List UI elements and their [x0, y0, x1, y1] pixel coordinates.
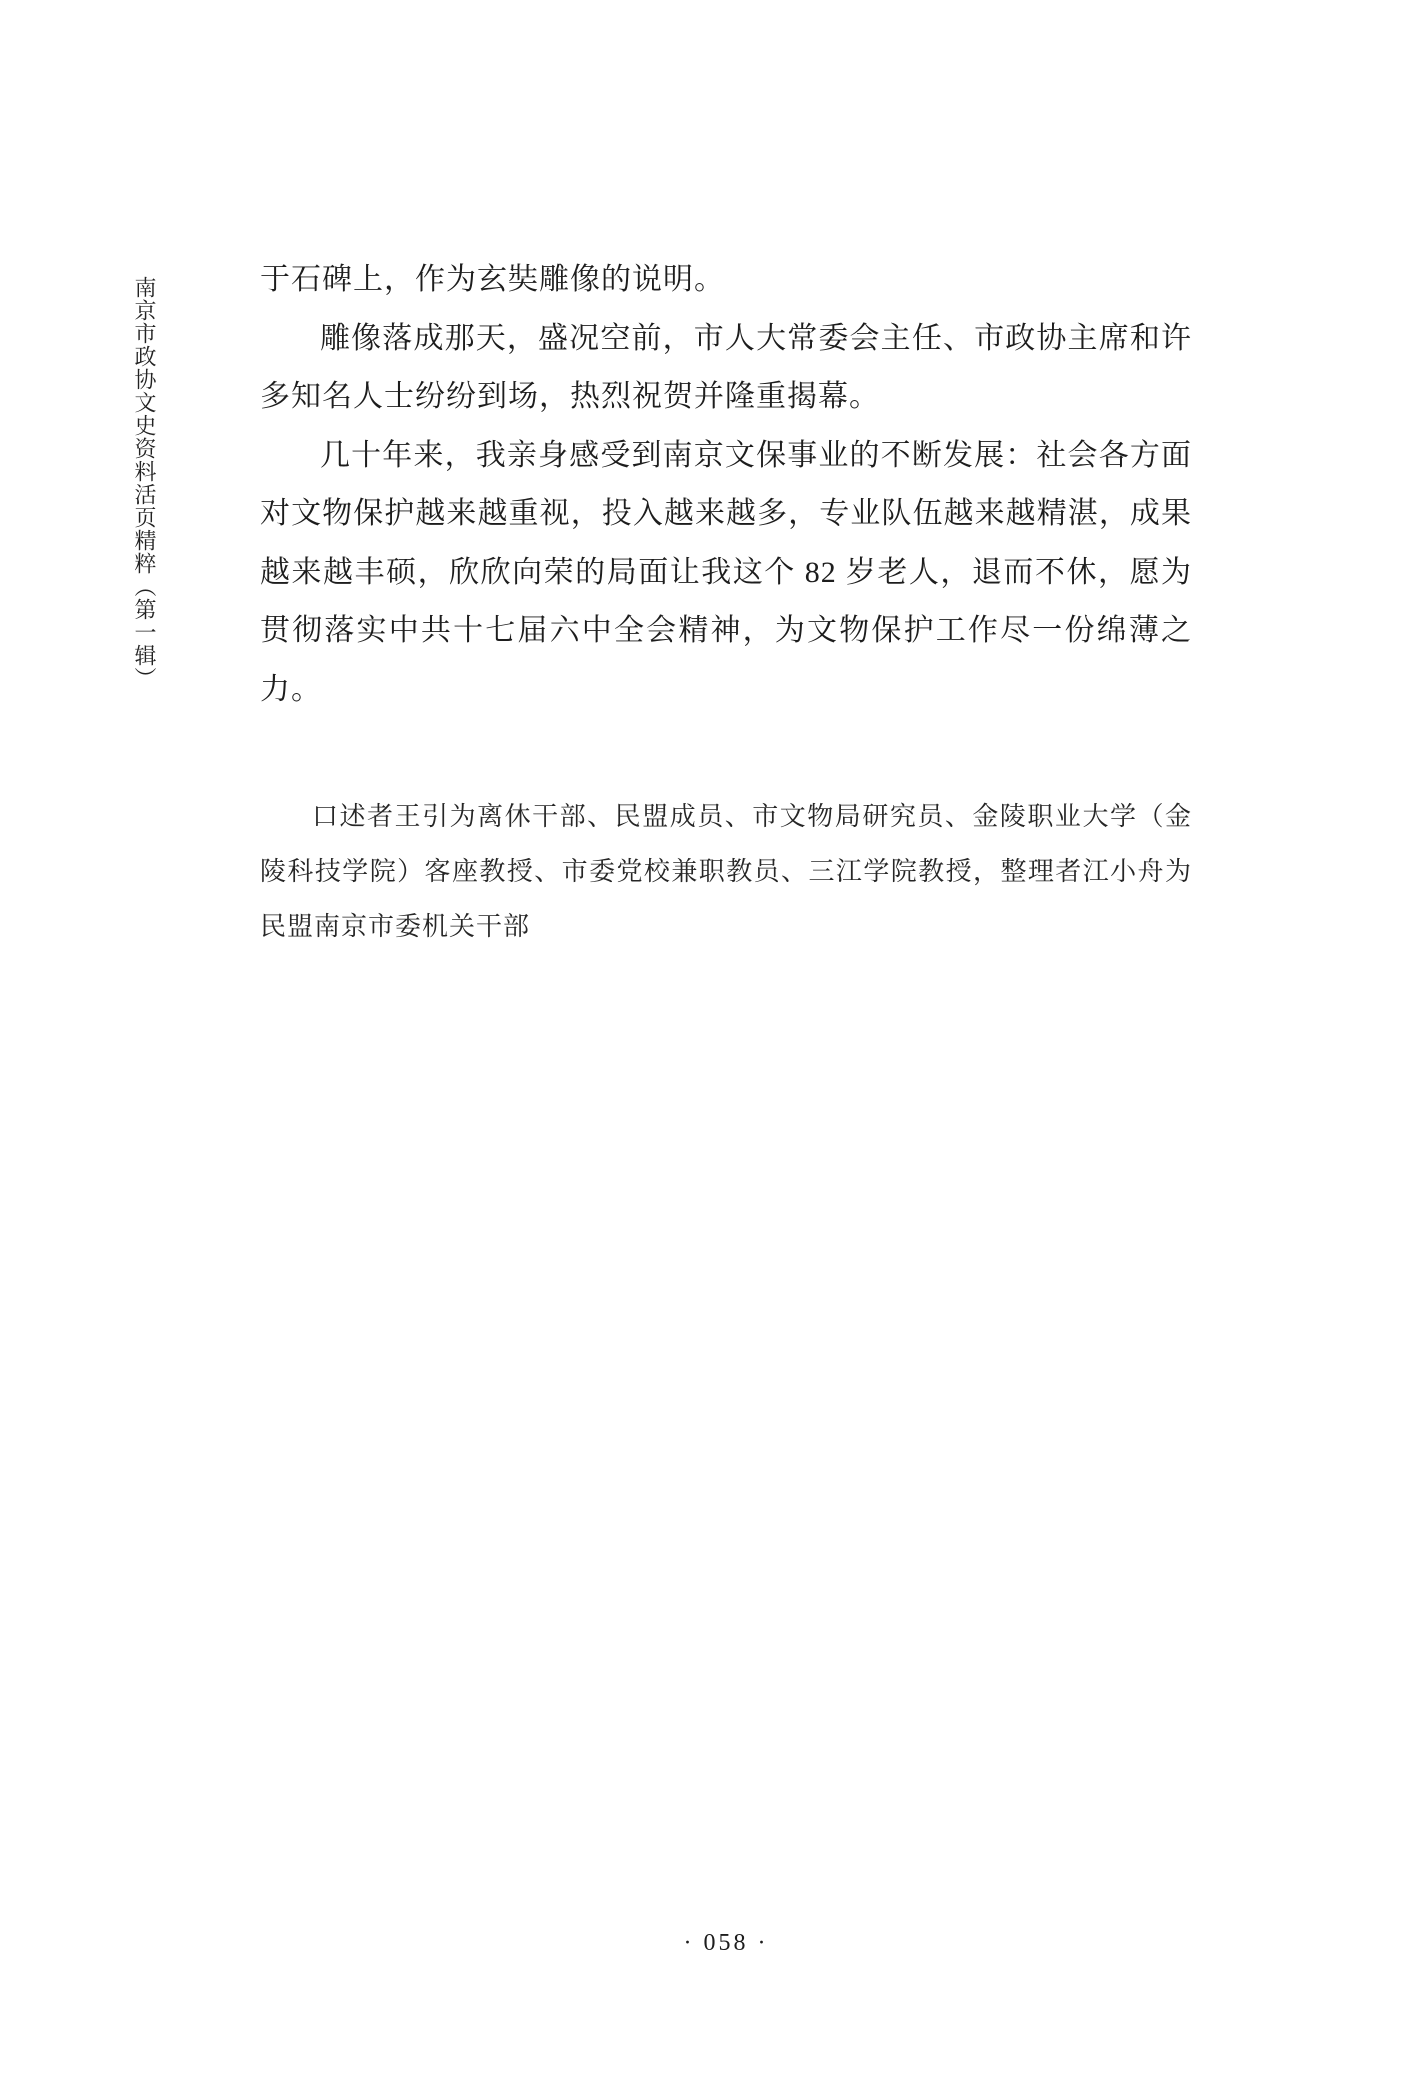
sidebar-book-title: 南京市政协文史资料活页精粹（第一辑）: [129, 276, 159, 690]
paragraph: 几十年来，我亲身感受到南京文保事业的不断发展：社会各方面对文物保护越来越重视，投…: [260, 427, 1192, 720]
page-content: 于石碑上，作为玄奘雕像的说明。 雕像落成那天，盛况空前，市人大常委会主任、市政协…: [260, 251, 1192, 954]
page-number: · 058 ·: [260, 1930, 1192, 1957]
paragraph: 于石碑上，作为玄奘雕像的说明。: [260, 251, 1192, 310]
attribution-note: 口述者王引为离休干部、民盟成员、市文物局研究员、金陵职业大学（金陵科技学院）客座…: [260, 789, 1192, 954]
book-page: 南京市政协文史资料活页精粹（第一辑） 于石碑上，作为玄奘雕像的说明。 雕像落成那…: [0, 0, 1426, 2095]
paragraph: 雕像落成那天，盛况空前，市人大常委会主任、市政协主席和许多知名人士纷纷到场，热烈…: [260, 310, 1192, 427]
